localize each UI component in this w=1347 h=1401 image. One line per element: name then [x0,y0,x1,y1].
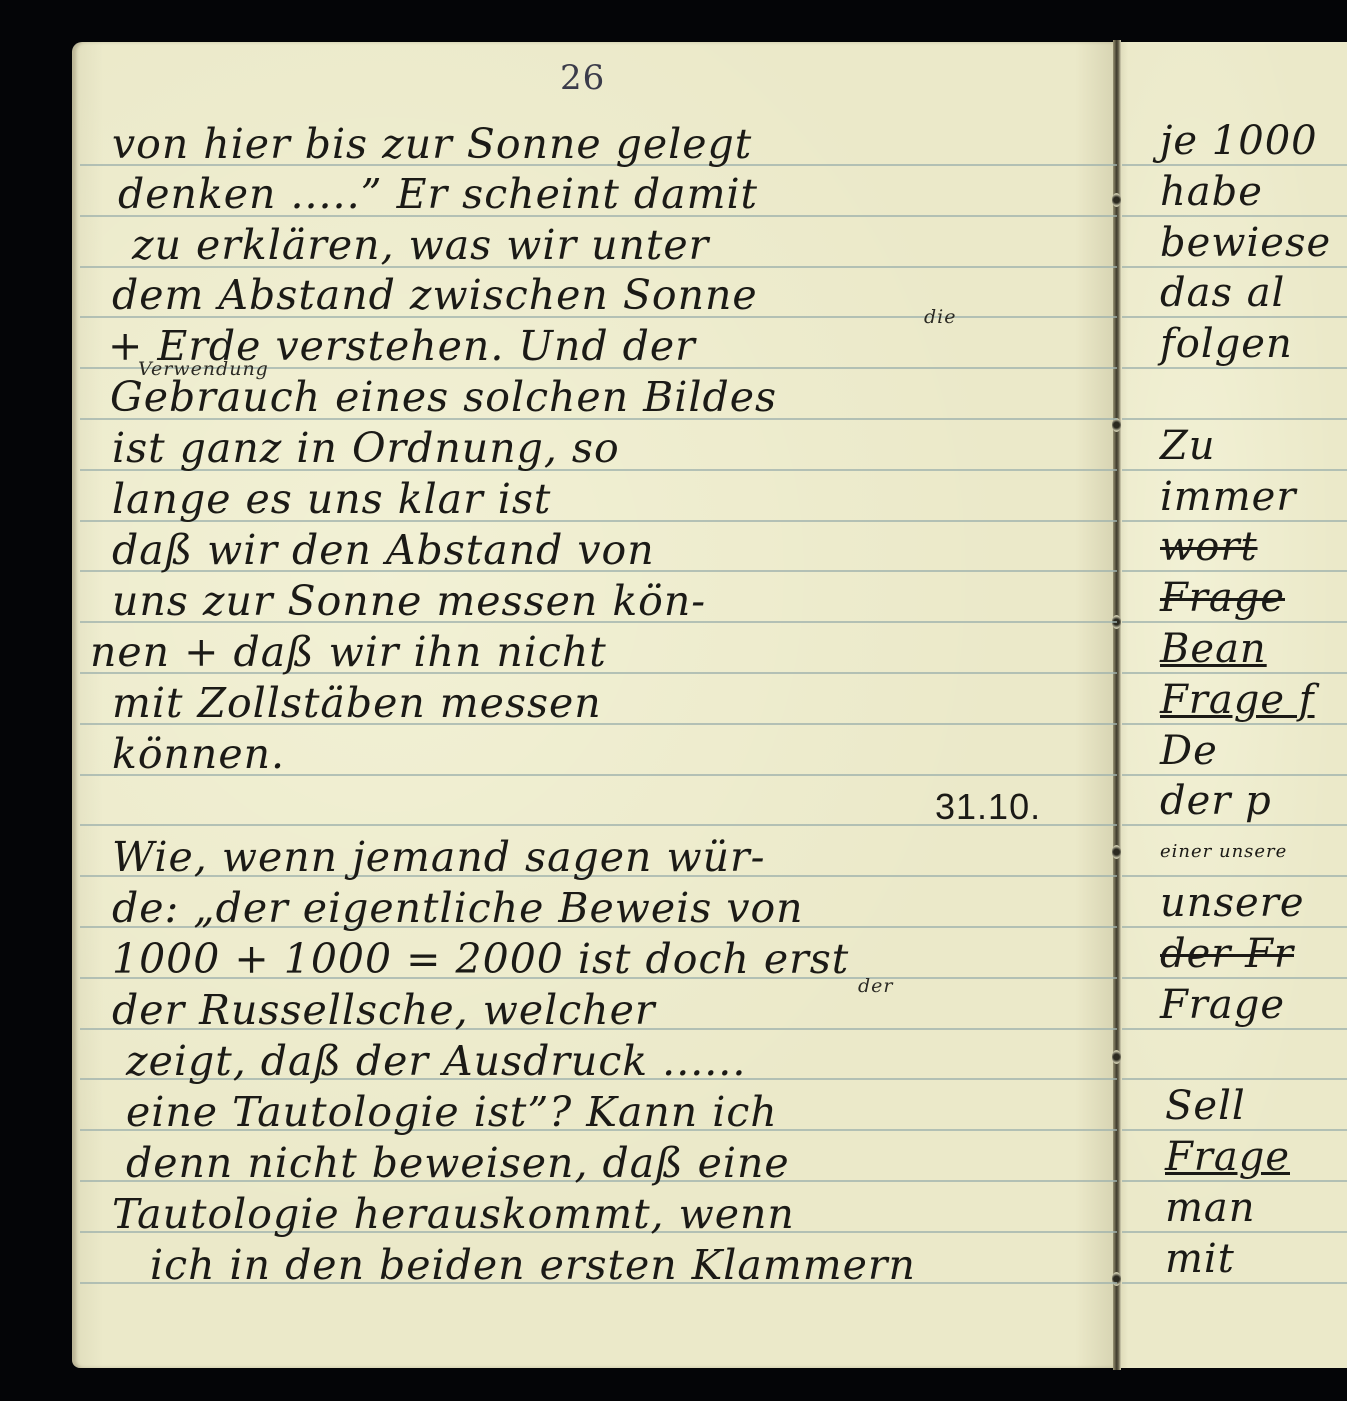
right-page-text-line: Sell [1165,1083,1246,1129]
text-line: zeigt, daß der Ausdruck ...... [126,1037,746,1085]
ruled-line [1122,1028,1347,1030]
text-line: können. [112,730,285,778]
insertion-above: der [858,975,894,997]
text-line: Gebrauch eines solchen Bildes [110,373,777,421]
right-page-text-line: Frage [1165,1134,1290,1180]
right-page-text-line: habe [1160,169,1263,215]
ruled-line [1122,367,1347,369]
text-line: dem Abstand zwischen Sonne [112,271,758,319]
text-line: uns zur Sonne messen kön- [112,577,706,625]
right-page-text-line: Bean [1160,626,1267,672]
right-page-text-line: der p [1160,778,1272,824]
text-line: mit Zollstäben messen [112,679,602,727]
entry-date: 31.10. [935,786,1041,828]
binding-stitch [1112,193,1121,207]
page-number: 26 [560,58,605,98]
ruled-line [1122,1078,1347,1080]
text-line: lange es uns klar ist [112,475,551,523]
text-line: daß wir den Abstand von [112,526,655,574]
right-page-text-line: De [1160,728,1218,774]
text-line: von hier bis zur Sonne gelegt [112,120,752,168]
binding-stitch [1112,418,1121,432]
text-line: eine Tautologie ist”? Kann ich [126,1088,778,1136]
right-page-text-line: das al [1160,270,1285,316]
ruled-line [1122,570,1347,572]
text-line: de: „der eigentliche Beweis von [112,884,804,932]
right-page-text-line: der Fr [1160,931,1294,977]
ruled-line [1122,266,1347,268]
text-line: Wie, wenn jemand sagen wür- [112,833,765,881]
ruled-line [1122,418,1347,420]
ruled-line [1122,1231,1347,1233]
text-line: zu erklären, was wir unter [132,221,709,269]
ruled-line [1122,215,1347,217]
right-page-text-line: man [1165,1185,1256,1231]
right-page-text-line: bewiese [1160,220,1331,266]
binding-stitch [1112,1050,1121,1064]
ruled-line [1122,926,1347,928]
ruled-line [1122,824,1347,826]
notebook-spine [1113,40,1121,1370]
ruled-line [1122,672,1347,674]
ruled-line [1122,164,1347,166]
ruled-line [1122,875,1347,877]
right-page-text-line: einer unsere [1160,841,1287,862]
right-page-text-line: unsere [1160,880,1305,926]
right-page-text-line: mit [1165,1236,1235,1282]
ruled-line [1122,469,1347,471]
binding-stitch [1112,845,1121,859]
ruled-line [1122,774,1347,776]
text-line: denken .....” Er scheint damit [118,170,758,218]
ruled-line [1122,1129,1347,1131]
right-page-text-line: Frage f [1160,677,1315,723]
ruled-line [1122,977,1347,979]
ruled-line [1122,1180,1347,1182]
right-page-text-line: wort [1160,524,1258,570]
insertion-above: die [924,306,956,328]
ruled-line [1122,723,1347,725]
text-line: Tautologie herauskommt, wenn [112,1190,795,1238]
ruled-line [1122,621,1347,623]
text-line: der Russellsche, welcher [112,986,655,1034]
ruled-line [1122,520,1347,522]
text-line: 1000 + 1000 = 2000 ist doch erst [112,935,849,983]
text-line: ich in den beiden ersten Klammern [150,1241,916,1289]
right-page-text-line: immer [1160,474,1296,520]
ruled-line [1122,1282,1347,1284]
text-line: denn nicht beweisen, daß eine [126,1139,790,1187]
right-page-text-line: Zu [1160,423,1216,469]
text-line: ist ganz in Ordnung, so [112,424,620,472]
text-line: nen + daß wir ihn nicht [90,628,607,676]
right-page-text-line: Frage [1160,982,1285,1028]
right-page-text-line: je 1000 [1160,118,1318,164]
ruled-line [1122,316,1347,318]
right-page-text-line: Frage [1160,575,1285,621]
right-page-text-line: folgen [1160,321,1293,367]
